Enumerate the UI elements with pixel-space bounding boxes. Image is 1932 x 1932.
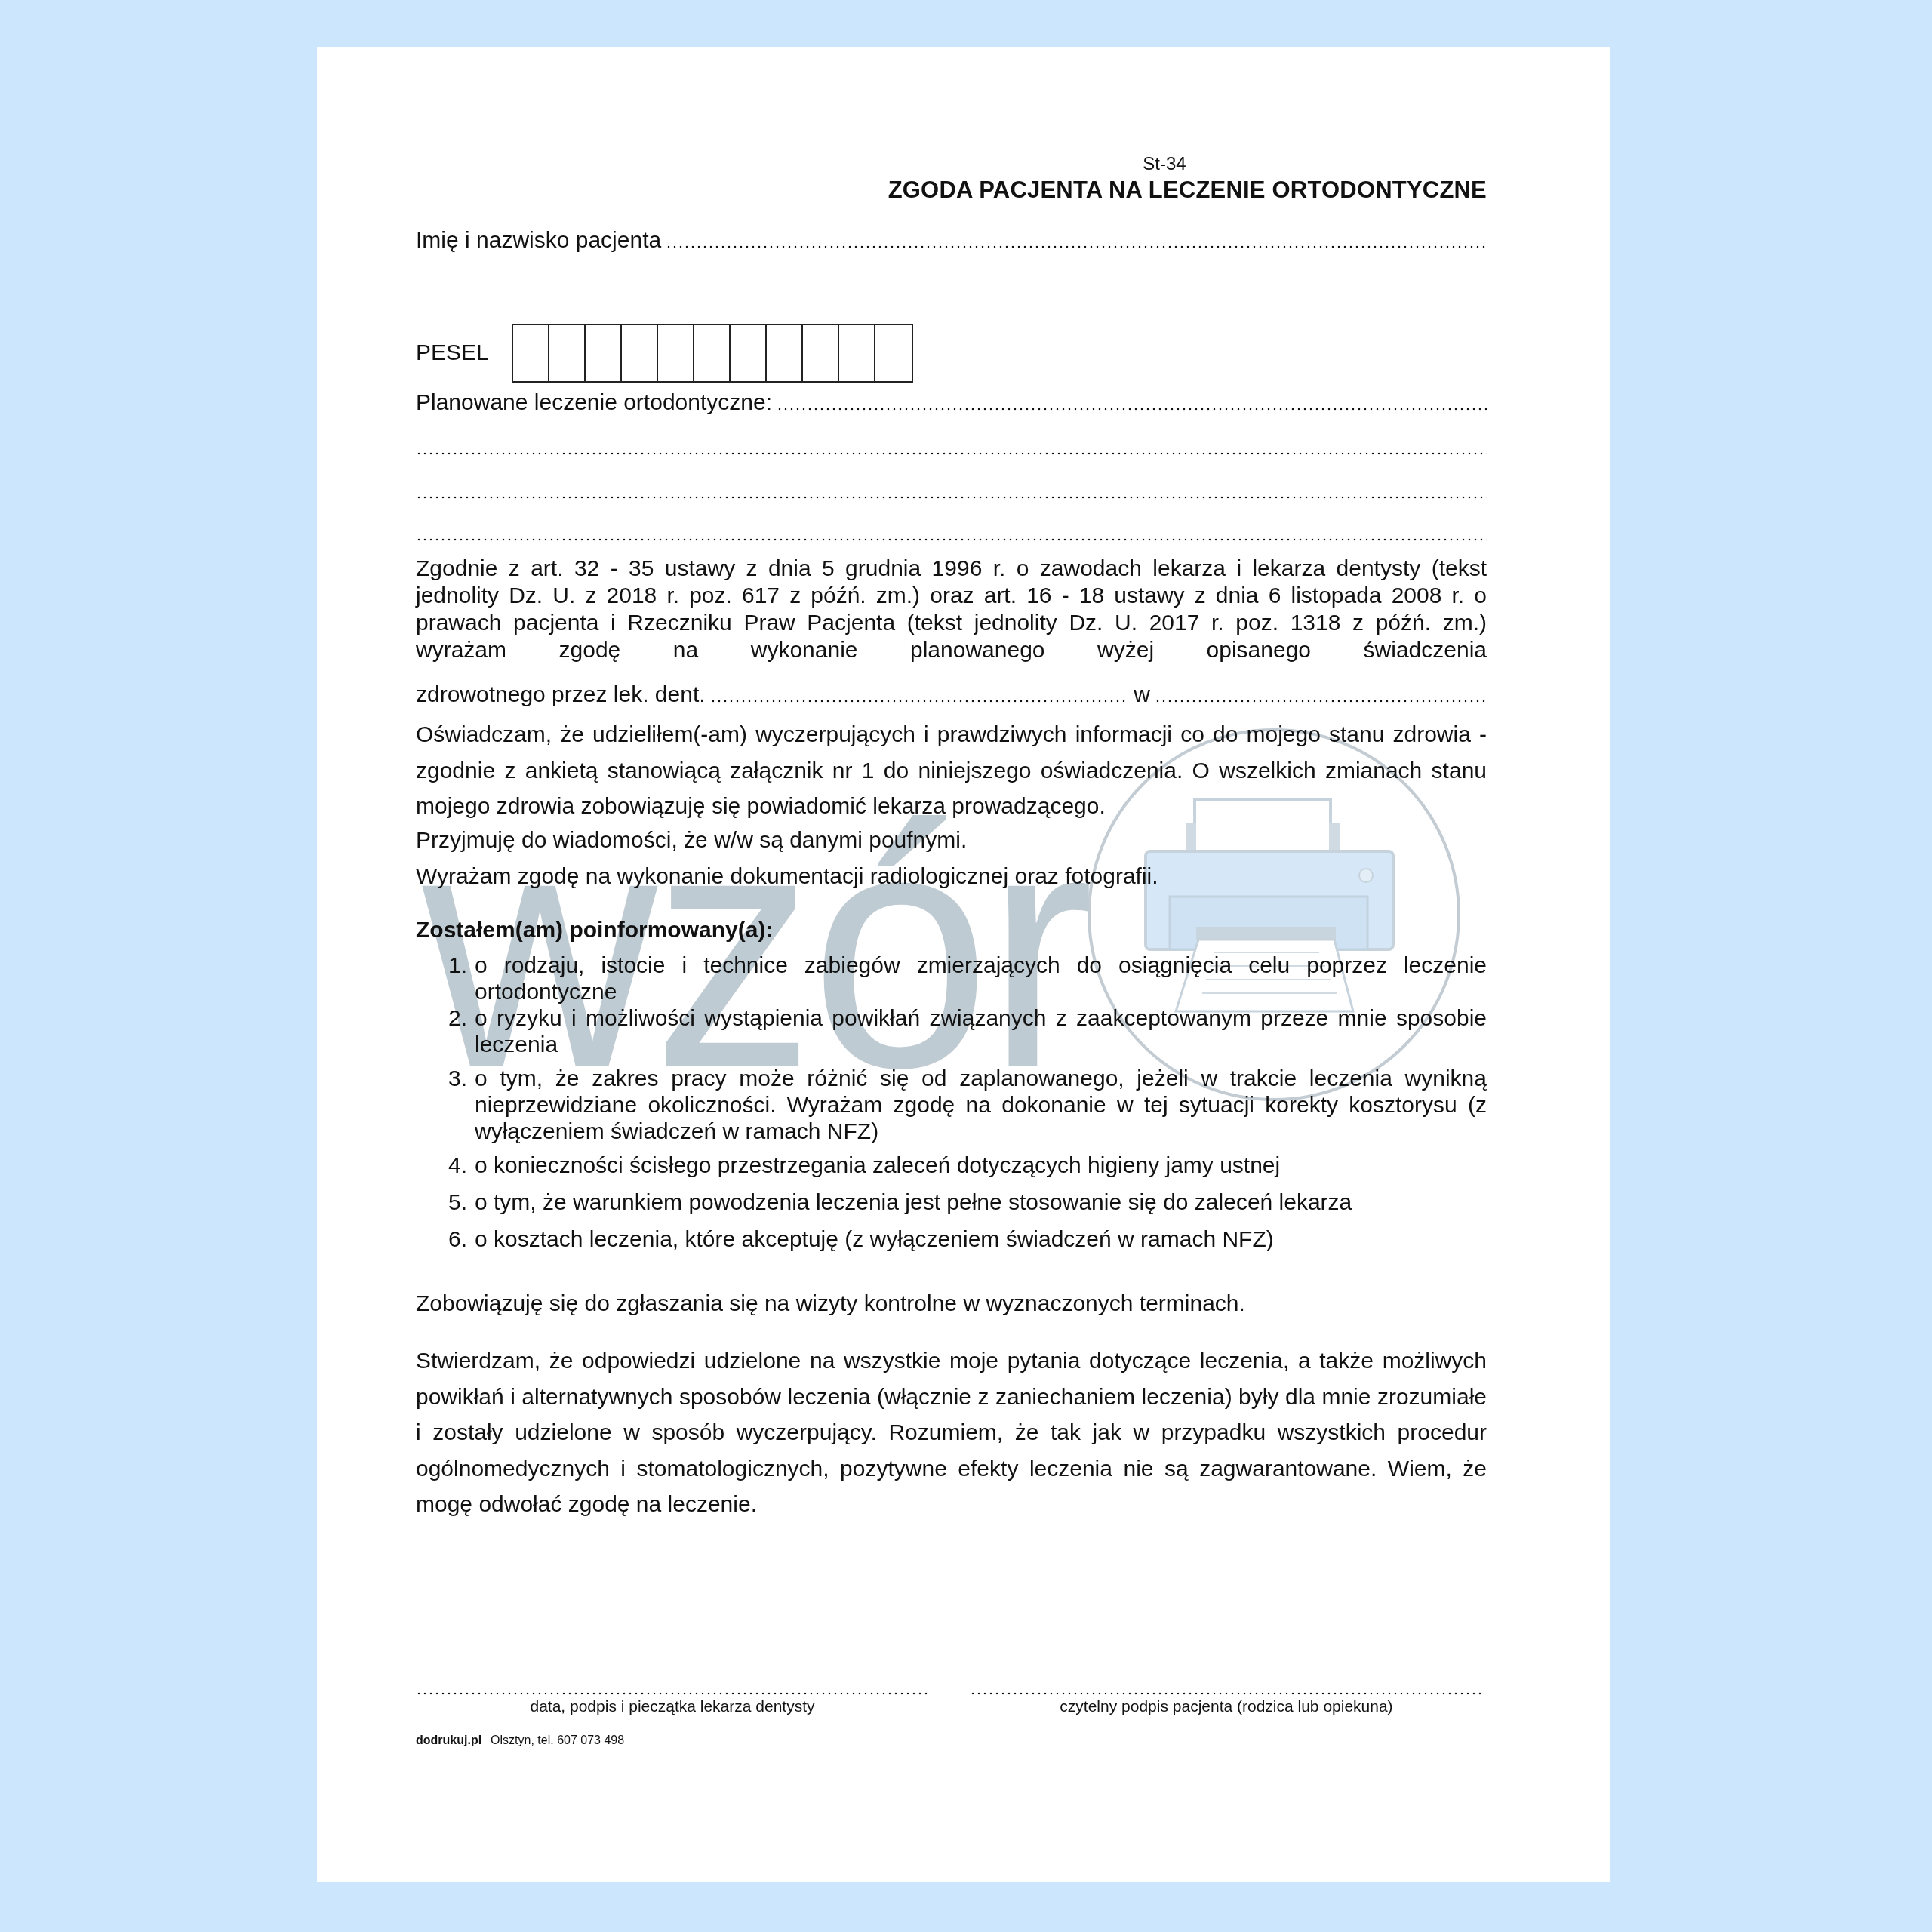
informed-point: 1.o rodzaju, istocie i technice zabiegów… [416, 952, 1487, 1005]
pesel-digit-box[interactable] [731, 325, 767, 381]
planned-treatment-line-2[interactable] [416, 433, 1487, 460]
point-text: o tym, że zakres pracy może różnić się o… [475, 1066, 1487, 1145]
planned-treatment-line-4[interactable] [416, 519, 1487, 546]
patient-name-field[interactable]: Imię i nazwisko pacjenta [416, 228, 1487, 254]
informed-point: 6.o kosztach leczenia, które akceptuję (… [416, 1226, 1487, 1253]
planned-treatment-field[interactable]: Planowane leczenie ortodontyczne: [416, 390, 1487, 416]
planned-treatment-line-3[interactable] [416, 477, 1487, 504]
informed-point: 3.o tym, że zakres pracy może różnić się… [416, 1066, 1487, 1145]
patient-signature-block[interactable]: czytelny podpis pacjenta (rodzica lub op… [970, 1692, 1483, 1716]
follow-up-commitment: Zobowiązuję się do zgłaszania się na wiz… [416, 1291, 1487, 1318]
planned-treatment-label: Planowane leczenie ortodontyczne: [416, 390, 777, 416]
footer-contact: Olsztyn, tel. 607 073 498 [491, 1734, 624, 1747]
footer: dodrukuj.plOlsztyn, tel. 607 073 498 [416, 1734, 624, 1748]
pesel-digit-box[interactable] [658, 325, 694, 381]
patient-name-dotted-line[interactable] [666, 245, 1487, 248]
pesel-digit-box[interactable] [513, 325, 549, 381]
pesel-digit-box[interactable] [803, 325, 839, 381]
pesel-digit-box[interactable] [694, 325, 731, 381]
pesel-digit-box[interactable] [839, 325, 875, 381]
pesel-digit-box[interactable] [622, 325, 658, 381]
dotted-line[interactable] [416, 538, 1487, 541]
informed-points-list: 1.o rodzaju, istocie i technice zabiegów… [416, 952, 1487, 1253]
point-text: o kosztach leczenia, które akceptuję (z … [475, 1226, 1487, 1253]
pesel-field: PESEL [416, 323, 913, 383]
confidential-note: Przyjmuję do wiadomości, że w/w są danym… [416, 827, 1487, 854]
location-dotted-line[interactable] [1155, 700, 1487, 703]
point-number: 1. [416, 952, 475, 1005]
radiology-consent: Wyrażam zgodę na wykonanie dokumentacji … [416, 863, 1487, 891]
legal-paragraph: Zgodnie z art. 32 - 35 ustawy z dnia 5 g… [416, 555, 1487, 664]
pesel-digit-box[interactable] [875, 325, 912, 381]
informed-point: 5.o tym, że warunkiem powodzenia leczeni… [416, 1189, 1487, 1216]
planned-treatment-dotted-line[interactable] [777, 408, 1487, 411]
dentist-signature-line[interactable] [416, 1692, 929, 1695]
document-page: wzór St-34 ZGODA PACJENTA NA LECZENIE OR… [317, 47, 1610, 1882]
point-number: 3. [416, 1066, 475, 1145]
point-text: o tym, że warunkiem powodzenia leczenia … [475, 1189, 1487, 1216]
document-title: ZGODA PACJENTA NA LECZENIE ORTODONTYCZNE [888, 177, 1487, 204]
pesel-digit-box[interactable] [549, 325, 586, 381]
pesel-digit-box[interactable] [767, 325, 803, 381]
point-text: o rodzaju, istocie i technice zabiegów z… [475, 952, 1487, 1005]
health-declaration: Oświadczam, że udzieliłem(-am) wyczerpuj… [416, 717, 1487, 825]
point-text: o ryzyku i możliwości wystąpienia powikł… [475, 1005, 1487, 1058]
patient-name-label: Imię i nazwisko pacjenta [416, 228, 666, 254]
dentist-name-dotted-line[interactable] [710, 700, 1128, 703]
dentist-line-prefix: zdrowotnego przez lek. dent. [416, 682, 710, 708]
pesel-boxes[interactable] [512, 324, 913, 383]
informed-heading: Zostałem(am) poinformowany(a): [416, 918, 773, 943]
point-number: 6. [416, 1226, 475, 1253]
footer-brand: dodrukuj.pl [416, 1734, 481, 1747]
point-number: 4. [416, 1152, 475, 1179]
final-statement: Stwierdzam, że odpowiedzi udzielone na w… [416, 1343, 1487, 1523]
pesel-digit-box[interactable] [586, 325, 622, 381]
informed-point: 2.o ryzyku i możliwości wystąpienia powi… [416, 1005, 1487, 1058]
dentist-signature-block[interactable]: data, podpis i pieczątka lekarza dentyst… [416, 1692, 929, 1716]
dentist-field[interactable]: zdrowotnego przez lek. dent. w [416, 682, 1487, 708]
dotted-line[interactable] [416, 452, 1487, 455]
point-number: 2. [416, 1005, 475, 1058]
point-number: 5. [416, 1189, 475, 1216]
dentist-signature-label: data, podpis i pieczątka lekarza dentyst… [416, 1698, 929, 1716]
patient-signature-line[interactable] [970, 1692, 1483, 1695]
informed-point: 4.o konieczności ścisłego przestrzegania… [416, 1152, 1487, 1179]
dotted-line[interactable] [416, 496, 1487, 499]
pesel-label: PESEL [416, 340, 512, 366]
form-code: St-34 [1134, 154, 1195, 175]
point-text: o konieczności ścisłego przestrzegania z… [475, 1152, 1487, 1179]
patient-signature-label: czytelny podpis pacjenta (rodzica lub op… [970, 1698, 1483, 1716]
dentist-line-location-word: w [1134, 682, 1155, 708]
